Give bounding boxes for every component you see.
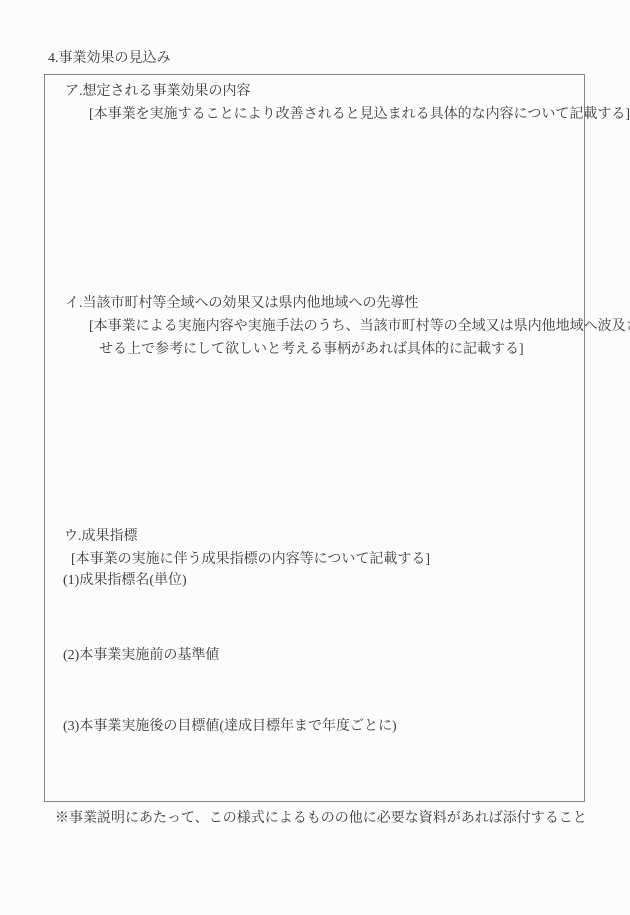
section-a-instruction: [本事業を実施することにより改善されると見込まれる具体的な内容について記載する] [89,107,630,123]
form-outline-box: ア.想定される事業効果の内容 [本事業を実施することにより改善されると見込まれる… [44,74,585,802]
section-b-instruction-line2: せる上で参考にして欲しいと考える事柄があれば具体的に記載する] [99,342,524,358]
section-c-label: ウ.成果指標 [64,529,138,545]
section-a-label: ア.想定される事業効果の内容 [65,84,251,100]
section-c-instruction: [本事業の実施に伴う成果指標の内容等について記載する] [71,552,430,568]
section-b-instruction-line1: [本事業による実施内容や実施手法のうち、当該市町村等の全域又は県内他地域へ波及さ [89,319,630,335]
page-title: 4.事業効果の見込み [48,51,171,67]
baseline-value-item-label: (2)本事業実施前の基準値 [63,648,219,664]
target-value-item-label: (3)本事業実施後の目標値(達成目標年まで年度ごとに) [63,719,397,735]
attachment-footnote: ※事業説明にあたって、この様式によるものの他に必要な資料があれば添付すること [55,811,587,827]
section-b-label: イ.当該市町村等全域への効果又は県内他地域への先導性 [65,296,419,312]
metric-name-item-label: (1)成果指標名(単位) [63,573,187,589]
